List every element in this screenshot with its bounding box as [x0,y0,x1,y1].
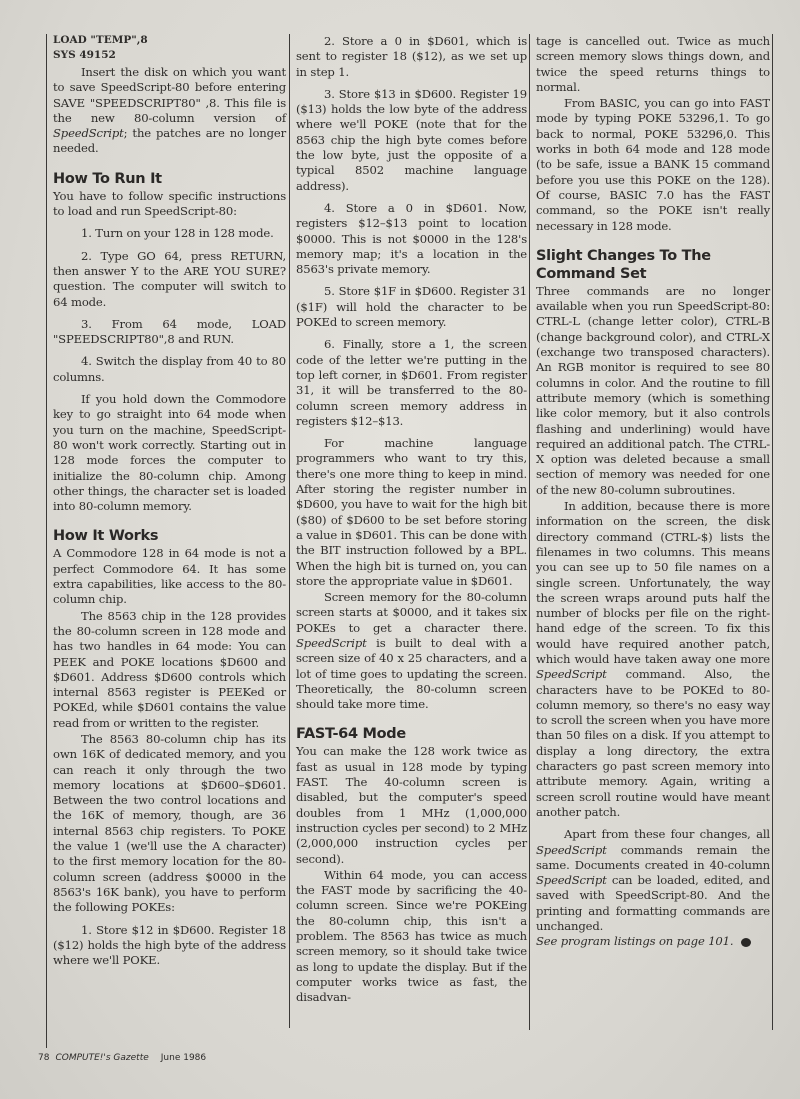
end-of-article-icon [741,938,751,947]
paragraph-save: Insert the disk on which you want to sav… [53,65,286,157]
column-2: 2. Store a 0 in $D601, which is sent to … [289,34,527,1028]
paragraph-from-basic: From BASIC, you can go into FAST mode by… [536,96,770,234]
magazine-page: LOAD "TEMP",8 SYS 49152 Insert the disk … [0,0,800,1099]
magazine-name: COMPUTE!'s Gazette [55,1053,148,1063]
code-line: LOAD "TEMP",8 [53,34,286,47]
poke-step-6: 6. Finally, store a 1, the screen code o… [296,337,527,429]
heading-how-to-run: How To Run It [53,170,286,188]
poke-step-4: 4. Store a 0 in $D601. Now, registers $1… [296,201,527,277]
heading-fast-64-mode: FAST-64 Mode [296,725,527,743]
heading-slight-changes: Slight Changes To The Command Set [536,247,770,283]
paragraph-three-commands: Three commands are no longer available w… [536,284,770,498]
paragraph-screen-memory: Screen memory for the 80-column screen s… [296,590,527,712]
step-4: 4. Switch the display from 40 to 80 colu… [53,354,286,385]
step-2: 2. Type GO 64, press RETURN, then answer… [53,249,286,310]
poke-step-2: 2. Store a 0 in $D601, which is sent to … [296,34,527,80]
column-1: LOAD "TEMP",8 SYS 49152 Insert the disk … [46,34,286,1048]
poke-step-3: 3. Store $13 in $D600. Register 19 ($13)… [296,87,527,194]
paragraph-fast-intro: You can make the 128 work twice as fast … [296,744,527,866]
issue-date: June 1986 [161,1053,206,1063]
paragraph-commodore-key: If you hold down the Commodore key to go… [53,392,286,514]
code-line: SYS 49152 [53,49,286,62]
paragraph-within-64: Within 64 mode, you can access the FAST … [296,868,527,1006]
paragraph-apart-from: Apart from these four changes, all Speed… [536,827,770,949]
column-3: tage is cancelled out. Twice as much scr… [529,34,770,1030]
page-number: 78 [38,1053,49,1063]
step-1: 1. Turn on your 128 in 128 mode. [53,226,286,241]
paragraph-continued: tage is cancelled out. Twice as much scr… [536,34,770,95]
paragraph-works-intro: A Commodore 128 in 64 mode is not a perf… [53,546,286,607]
heading-how-it-works: How It Works [53,527,286,545]
paragraph-run-intro: You have to follow specific instructions… [53,189,286,220]
paragraph-in-addition: In addition, because there is more infor… [536,499,770,820]
poke-step-1: 1. Store $12 in $D600. Register 18 ($12)… [53,923,286,969]
page-footer: 78COMPUTE!'s GazetteJune 1986 [38,1053,206,1063]
paragraph-8563: The 8563 chip in the 128 provides the 80… [53,609,286,731]
paragraph-machine-language: For machine language programmers who wan… [296,436,527,589]
poke-step-5: 5. Store $1F in $D600. Register 31 ($1F)… [296,284,527,330]
program-listing-reference: See program listings on page 101. [536,934,733,948]
paragraph-16k: The 8563 80-column chip has its own 16K … [53,732,286,916]
step-3: 3. From 64 mode, LOAD "SPEEDSCRIPT80",8 … [53,317,286,348]
